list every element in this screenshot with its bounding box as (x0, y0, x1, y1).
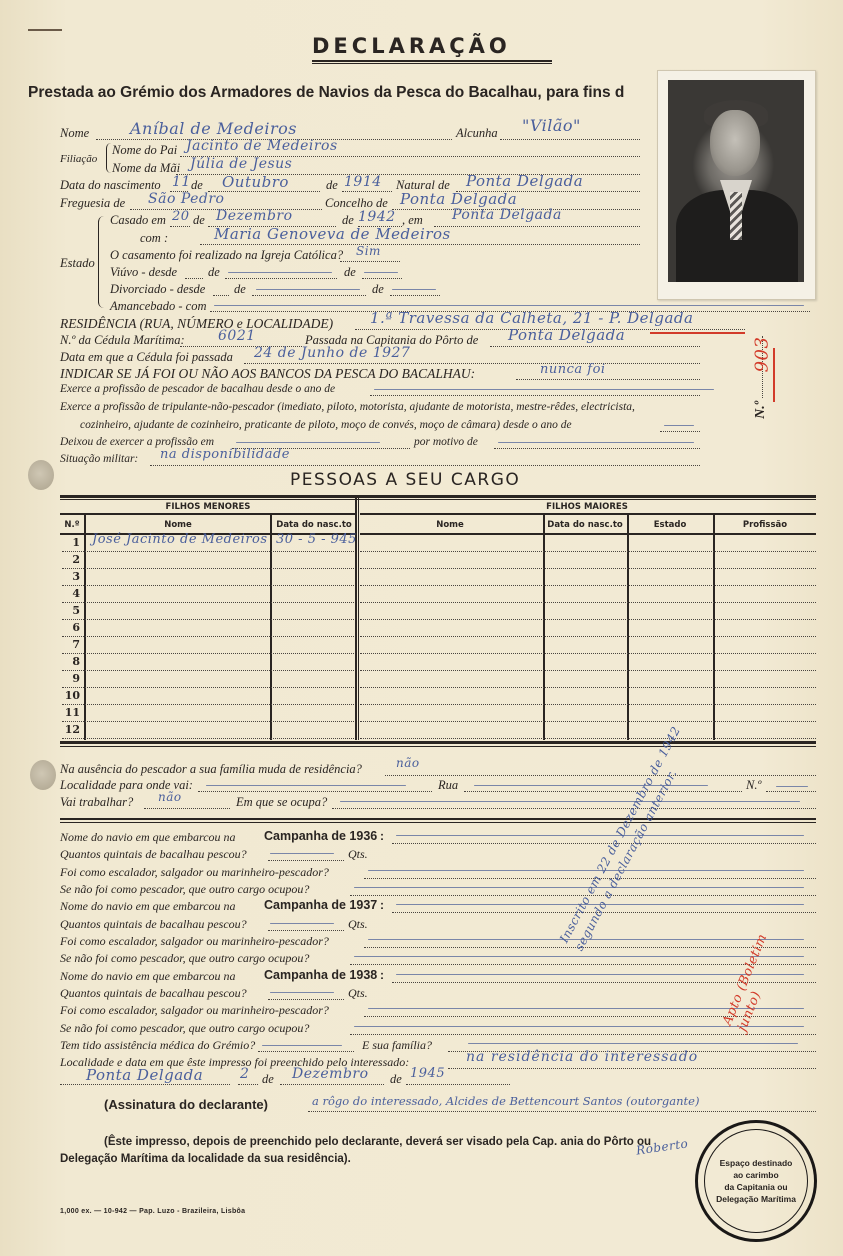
nasc-mes[interactable]: Outubro (222, 173, 289, 191)
pai-value[interactable]: Jacinto de Medeiros (186, 138, 338, 154)
trabalhar-label: Vai trabalhar? (60, 795, 133, 810)
casado-label: Casado em (110, 213, 166, 228)
stamp-line: Espaço destinado (698, 1157, 814, 1169)
binder-hole (30, 760, 56, 790)
localidade-data-value[interactable]: na residência do interessado (466, 1049, 698, 1065)
campanha-field-label: Se não foi como pescador, que outro carg… (60, 882, 309, 897)
pai-label: Nome do Pai (112, 143, 177, 158)
mae-value[interactable]: Júlia de Jesus (190, 156, 292, 172)
cedula-value[interactable]: 6021 (218, 328, 256, 344)
tripulante-label: Exerce a profissão de tripulante-não-pes… (60, 401, 635, 413)
title-underline (312, 63, 552, 64)
red-underline (650, 332, 745, 334)
mae-label: Nome da Mãi (112, 161, 180, 176)
row-number: 3 (60, 570, 80, 583)
nota-line2: Delegação Marítima da localidade da sua … (60, 1151, 351, 1168)
binder-hole (28, 460, 54, 490)
estado-label: Estado (60, 256, 95, 271)
campanha-year: Campanha de 1937 (264, 898, 377, 912)
cedula-label: N.º da Cédula Marítima: (60, 333, 185, 348)
cidade-value[interactable]: Ponta Delgada (86, 1066, 203, 1084)
campanha-field-label: Se não foi como pescador, que outro carg… (60, 951, 309, 966)
portrait-photo (657, 70, 816, 300)
data-cedula-value[interactable]: 24 de Junho de 1927 (254, 345, 410, 361)
declaration-form: DECLARAÇÃO Prestada ao Grémio dos Armado… (0, 0, 843, 1256)
campanha-field-label: Quantos quintais de bacalhau pescou? (60, 847, 247, 862)
casado-ano[interactable]: 1942 (358, 209, 396, 225)
militar-label: Situação militar: (60, 453, 138, 465)
alcunha-label: Alcunha (456, 126, 498, 141)
nome-value[interactable]: Aníbal de Medeiros (130, 119, 297, 138)
viuvo-label: Viúvo - desde (110, 265, 177, 280)
nome-label: Nome (60, 126, 89, 141)
title-underline (312, 60, 552, 62)
campanha-field-label: Foi como escalador, salgador ou marinhei… (60, 1003, 329, 1018)
stamp-line: Delegação Marítima (698, 1193, 814, 1205)
casado-dia[interactable]: 20 (172, 209, 190, 224)
campanha-field-label: Nome do navio em que embarcou na (60, 969, 236, 984)
assinatura-label: (Assinatura do declarante) (104, 1097, 268, 1112)
row-number: 10 (60, 689, 80, 702)
divorciado-label: Divorciado - desde (110, 282, 205, 297)
row-number: 12 (60, 723, 80, 736)
ocupa-label: Em que se ocupa? (236, 795, 327, 810)
ausencia-value[interactable]: não (396, 756, 420, 770)
qts-label: Qts. (348, 917, 368, 932)
nota-line1: (Êste impresso, depois de preenchido pel… (104, 1134, 651, 1151)
dia-value[interactable]: 2 (240, 1066, 249, 1082)
familia-assist-label: E sua família? (362, 1038, 432, 1053)
ink-smudge (28, 29, 62, 31)
capitania-stamp-area: Espaço destinadoao carimboda Capitania o… (695, 1120, 817, 1242)
row-number: 8 (60, 655, 80, 668)
child-birthdate[interactable]: 30 - 5 - 945 (276, 532, 357, 547)
campanha-field-label: Quantos quintais de bacalhau pescou? (60, 986, 247, 1001)
freguesia-value[interactable]: São Pedro (148, 191, 224, 207)
child-name[interactable]: José Jacinto de Medeiros (92, 532, 268, 547)
com-label: com : (140, 231, 168, 246)
campanha-field-label: Se não foi como pescador, que outro carg… (60, 1021, 309, 1036)
stamp-line: da Capitania ou (698, 1181, 814, 1193)
col-data-maiores: Data do nasc.to (544, 520, 626, 530)
col-nome-maiores: Nome (360, 520, 540, 530)
row-number: 5 (60, 604, 80, 617)
conjuge-value[interactable]: Maria Genoveva de Medeiros (214, 225, 451, 243)
freguesia-label: Freguesia de (60, 196, 125, 211)
tripulante-label-cont: cozinheiro, ajudante de cozinheiro, prat… (80, 419, 572, 431)
alcunha-value[interactable]: "Vilão" (522, 116, 581, 135)
mes-value[interactable]: Dezembro (292, 1066, 369, 1082)
motivo-label: por motivo de (414, 436, 478, 448)
red-mark (773, 348, 775, 402)
rua-label: Rua (438, 778, 458, 793)
col-estado: Estado (628, 520, 712, 530)
campanha-field-label: Nome do navio em que embarcou na (60, 899, 236, 914)
row-number: 7 (60, 638, 80, 651)
porto-value[interactable]: Ponta Delgada (508, 326, 625, 344)
militar-value[interactable]: na disponibilidade (160, 447, 290, 462)
campanha-year: Campanha de 1938 (264, 968, 377, 982)
qts-label: Qts. (348, 986, 368, 1001)
col-num: N.º (60, 520, 84, 530)
data-cedula-label: Data em que a Cédula foi passada (60, 350, 233, 365)
filiacao-label: Filiação (60, 153, 97, 165)
concelho-value[interactable]: Ponta Delgada (400, 190, 517, 208)
col-nome-menores: Nome (86, 520, 270, 530)
campanha-field-label: Foi como escalador, salgador ou marinhei… (60, 934, 329, 949)
pescador-label: Exerce a profissão de pescador de bacalh… (60, 383, 335, 395)
bancos-label: INDICAR SE JÁ FOI OU NÃO AOS BANCOS DA P… (60, 366, 475, 382)
page-title: DECLARAÇÃO (312, 34, 511, 58)
assistencia-label: Tem tido assistência médica do Grémio? (60, 1038, 255, 1053)
campanha-field-label: Foi como escalador, salgador ou marinhei… (60, 865, 329, 880)
casado-mes[interactable]: Dezembro (216, 208, 293, 224)
row-number: 2 (60, 553, 80, 566)
nasc-dia[interactable]: 11 (172, 174, 191, 190)
campanha-field-label: Nome do navio em que embarcou na (60, 830, 236, 845)
bancos-value[interactable]: nunca foi (540, 362, 606, 377)
igreja-value[interactable]: Sim (356, 244, 381, 258)
row-number: 11 (60, 706, 80, 719)
amancebado-label: Amancebado - com (110, 299, 207, 314)
numero-label: N.º (753, 401, 769, 419)
trabalhar-value[interactable]: não (158, 790, 182, 804)
stamp-line: ao carimbo (698, 1169, 814, 1181)
residencia-label: RESIDÊNCIA (RUA, NÚMERO e LOCALIDADE) (60, 316, 333, 332)
row-number: 4 (60, 587, 80, 600)
assinatura-value[interactable]: a rôgo do interessado, Alcides de Betten… (312, 1094, 699, 1108)
numero-value[interactable]: 903 (751, 337, 772, 373)
casado-local[interactable]: Ponta Delgada (452, 207, 562, 223)
igreja-label: O casamento foi realizado na Igreja Cató… (110, 248, 343, 263)
campanha-year: Campanha de 1936 (264, 829, 377, 843)
row-number: 1 (60, 536, 80, 549)
nasc-ano[interactable]: 1914 (344, 174, 382, 190)
num-label: N.º (746, 778, 761, 793)
row-number: 6 (60, 621, 80, 634)
campanha-field-label: Quantos quintais de bacalhau pescou? (60, 917, 247, 932)
form-subtitle: Prestada ao Grémio dos Armadores de Navi… (28, 84, 624, 102)
header-filhos-maiores: FILHOS MAIORES (358, 502, 816, 512)
residencia-value[interactable]: 1.ª Travessa da Calheta, 21 - P. Delgada (370, 309, 693, 327)
col-data-menores: Data do nasc.to (272, 520, 356, 530)
natural-value[interactable]: Ponta Delgada (466, 172, 583, 190)
row-number: 9 (60, 672, 80, 685)
nascimento-label: Data do nascimento (60, 178, 161, 193)
header-filhos-menores: FILHOS MENORES (60, 502, 356, 512)
ano-value[interactable]: 1945 (410, 1066, 445, 1081)
qts-label: Qts. (348, 847, 368, 862)
printer-imprint: 1,000 ex. — 10-942 — Pap. Luzo - Brazile… (60, 1208, 245, 1215)
ausencia-label: Na ausência do pescador a sua família mu… (60, 762, 362, 777)
section-title-pessoas: PESSOAS A SEU CARGO (290, 470, 520, 490)
col-profissao: Profissão (714, 520, 816, 530)
